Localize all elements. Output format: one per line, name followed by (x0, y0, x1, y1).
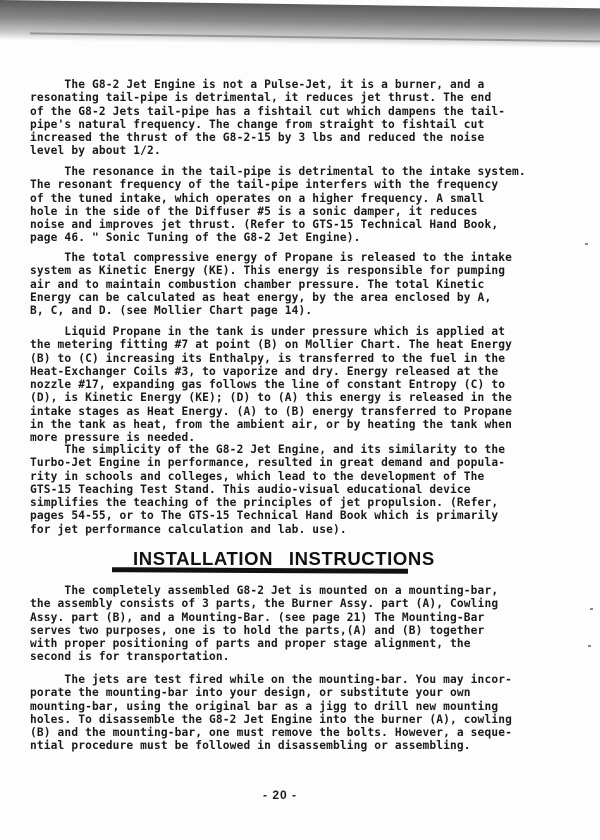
paragraph-compressive-energy: The total compressive energy of Propane … (30, 251, 570, 317)
heading-underline (112, 567, 408, 574)
text-line: system as Kinetic Energy (KE). This ener… (30, 264, 570, 277)
text-line: the assembly consists of 3 parts, the Bu… (30, 597, 570, 610)
paragraph-simplicity: The simplicity of the G8-2 Jet Engine, a… (30, 443, 570, 536)
text-line: The resonant frequency of the tail-pipe … (30, 178, 570, 191)
text-line: air and to maintain combustion chamber p… (30, 278, 570, 291)
text-line: Turbo-Jet Engine in performance, resulte… (30, 456, 570, 469)
text-line: level by about 1/2. (30, 144, 570, 157)
text-line: The simplicity of the G8-2 Jet Engine, a… (30, 443, 570, 456)
text-line: serves two purposes, one is to hold the … (30, 624, 570, 637)
scan-speck (585, 243, 588, 245)
text-line: (B) and the mounting-bar, one must remov… (30, 726, 570, 739)
text-line: Liquid Propane in the tank is under pres… (30, 325, 570, 338)
text-line: The jets are test fired while on the mou… (30, 673, 570, 686)
text-line: second is for transportation. (30, 650, 570, 663)
text-line: mounting-bar, using the original bar as … (30, 700, 570, 713)
text-line: porate the mounting-bar into your design… (30, 686, 570, 699)
text-line: Energy can be calculated as heat energy,… (30, 291, 570, 304)
text-line: hole in the side of the Diffuser #5 is a… (30, 205, 570, 218)
scan-speck (588, 645, 591, 647)
text-line: page 46. " Sonic Tuning of the G8-2 Jet … (30, 231, 570, 244)
text-line: The resonance in the tail-pipe is detrim… (30, 165, 570, 178)
text-line: ntial procedure must be followed in disa… (30, 739, 570, 752)
paragraph-assembly: The completely assembled G8-2 Jet is mou… (30, 584, 570, 664)
text-line: of the G8-2 Jets tail-pipe has a fishtai… (30, 105, 570, 118)
text-line: of the tuned intake, which operates on a… (30, 192, 570, 205)
paragraph-pulse-jet: The G8-2 Jet Engine is not a Pulse-Jet, … (30, 78, 570, 158)
text-line: in the tank as heat, from the ambient ai… (30, 418, 570, 431)
text-line: Assy. part (B), and a Mounting-Bar. (see… (30, 611, 570, 624)
text-line: holes. To disassemble the G8-2 Jet Engin… (30, 713, 570, 726)
scan-speck (590, 608, 593, 610)
paragraph-mounting-bar: The jets are test fired while on the mou… (30, 673, 570, 753)
text-line: The total compressive energy of Propane … (30, 251, 570, 264)
text-line: Heat-Exchanger Coils #3, to vaporize and… (30, 365, 570, 378)
text-line: B, C, and D. (see Mollier Chart page 14)… (30, 304, 570, 317)
document-page: The G8-2 Jet Engine is not a Pulse-Jet, … (0, 0, 600, 840)
text-line: intake stages as Heat Energy. (A) to (B)… (30, 405, 570, 418)
page-number: - 20 - (263, 788, 297, 802)
text-line: GTS-15 Teaching Test Stand. This audio-v… (30, 483, 570, 496)
text-line: The completely assembled G8-2 Jet is mou… (30, 584, 570, 597)
text-line: resonating tail-pipe is detrimental, it … (30, 91, 570, 104)
text-line: the metering fitting #7 at point (B) on … (30, 338, 570, 351)
text-line: rity in schools and colleges, which lead… (30, 470, 570, 483)
text-line: pages 54-55, or to The GTS-15 Technical … (30, 509, 570, 522)
text-line: simplifies the teaching of the principle… (30, 496, 570, 509)
text-line: noise and improves jet thrust. (Refer to… (30, 218, 570, 231)
text-line: for jet performance calculation and lab.… (30, 523, 570, 536)
text-line: (D), is Kinetic Energy (KE); (D) to (A) … (30, 391, 570, 404)
text-line: with proper positioning of parts and pro… (30, 637, 570, 650)
text-line: The G8-2 Jet Engine is not a Pulse-Jet, … (30, 78, 570, 91)
paragraph-resonance: The resonance in the tail-pipe is detrim… (30, 165, 570, 245)
text-line: increased the thrust of the G8-2-15 by 3… (30, 131, 570, 144)
paragraph-liquid-propane: Liquid Propane in the tank is under pres… (30, 325, 570, 445)
text-line: (B) to (C) increasing its Enthalpy, is t… (30, 352, 570, 365)
text-line: nozzle #17, expanding gas follows the li… (30, 378, 570, 391)
text-line: pipe's natural frequency. The change fro… (30, 118, 570, 131)
